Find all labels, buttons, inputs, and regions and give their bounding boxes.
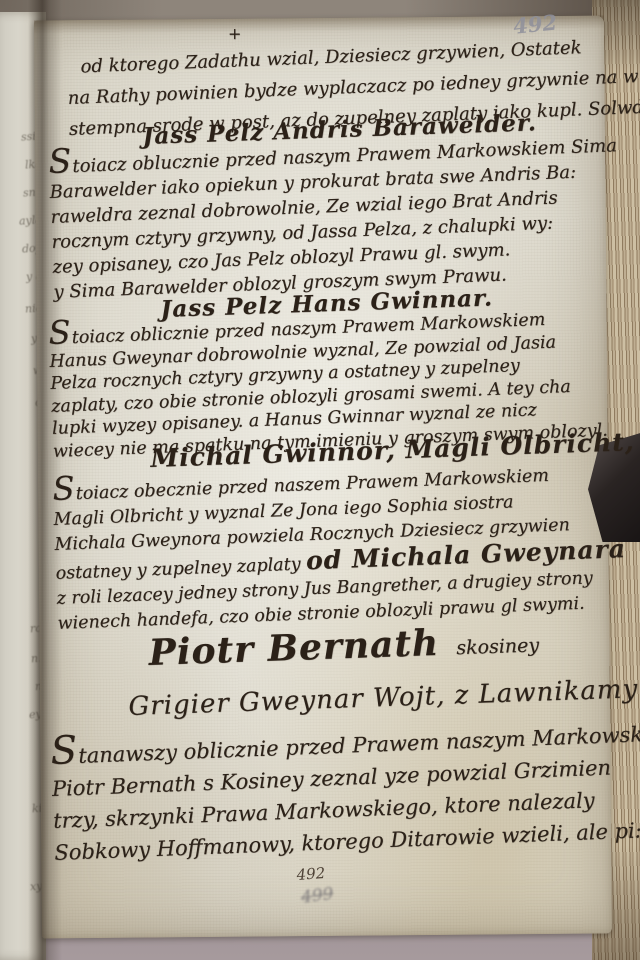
photograph-of-open-book: ssia lka sno ayla doy y a nie y) w o ro … xyxy=(0,0,640,960)
manuscript-page xyxy=(34,16,612,939)
gutter-shadow xyxy=(28,0,62,960)
